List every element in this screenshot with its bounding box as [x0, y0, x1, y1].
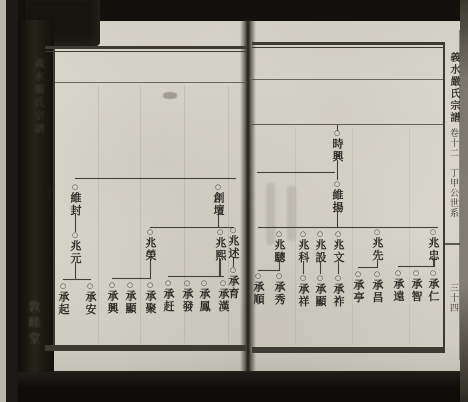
person-name: 維揚	[331, 189, 344, 214]
descent-circle-icon: ○	[333, 180, 341, 189]
person-name: 時興	[331, 138, 344, 163]
descent-circle-icon: ○	[299, 230, 307, 239]
person-node: ○承祚	[331, 274, 345, 308]
person-name: 兆科	[297, 239, 310, 264]
descent-circle-icon: ○	[254, 272, 262, 281]
descent-circle-icon: ○	[299, 274, 307, 283]
descent-circle-icon: ○	[373, 270, 381, 279]
person-name: 承遠	[392, 278, 405, 303]
descent-circle-icon: ○	[334, 274, 342, 283]
person-node: ○承仁	[426, 269, 440, 303]
person-node: ○時興	[330, 129, 344, 163]
genealogy-book-scan: 義水嚴氏宗譜 敦睦堂 卷十二 義水嚴氏宗譜 卷十二 丁甲公世系 三十四 ○維封○…	[0, 0, 468, 402]
descent-circle-icon: ○	[316, 274, 324, 283]
person-name: 兆忠	[427, 237, 440, 262]
connector-line	[258, 270, 280, 271]
person-name: 兆設	[314, 239, 327, 264]
person-node: ○承秀	[272, 272, 286, 306]
connector-line	[337, 160, 338, 180]
descent-circle-icon: ○	[275, 272, 283, 281]
descent-circle-icon: ○	[394, 269, 402, 278]
connector-line	[398, 266, 434, 267]
descent-circle-icon: ○	[275, 230, 283, 239]
descent-circle-icon: ○	[334, 230, 342, 239]
person-node: ○承顯	[313, 274, 327, 308]
connector-line	[358, 267, 378, 268]
person-node: ○兆先	[370, 228, 384, 262]
person-node: ○兆驄	[272, 230, 286, 264]
connector-line	[258, 227, 438, 228]
person-name: 兆驄	[273, 239, 286, 264]
descent-circle-icon: ○	[429, 228, 437, 237]
descent-circle-icon: ○	[412, 269, 420, 278]
person-node: ○承智	[409, 269, 423, 303]
person-name: 承智	[410, 278, 423, 303]
person-node: ○承遠	[391, 269, 405, 303]
person-node: ○承亭	[351, 270, 365, 304]
descent-circle-icon: ○	[354, 270, 362, 279]
person-node: ○承祥	[296, 274, 310, 308]
person-name: 承顯	[314, 283, 327, 308]
person-name: 承祚	[332, 283, 345, 308]
person-name: 承昌	[371, 279, 384, 304]
person-node: ○兆忠	[426, 228, 440, 262]
person-name: 承亭	[352, 279, 365, 304]
person-name: 兆文	[332, 239, 345, 264]
right-page-family-tree: ○時興○維揚○兆驄○兆科○兆設○兆文○兆先○兆忠○承順○承秀○承祥○承顯○承祚○…	[0, 0, 468, 402]
person-node: ○兆文	[331, 230, 345, 264]
person-node: ○兆設	[313, 230, 327, 264]
person-name: 承仁	[427, 278, 440, 303]
descent-circle-icon: ○	[429, 269, 437, 278]
descent-circle-icon: ○	[316, 230, 324, 239]
connector-line	[257, 172, 335, 173]
person-node: ○維揚	[330, 180, 344, 214]
person-node: ○承順	[251, 272, 265, 306]
person-node: ○承昌	[370, 270, 384, 304]
person-name: 承秀	[273, 281, 286, 306]
person-name: 承祥	[297, 283, 310, 308]
person-name: 兆先	[371, 237, 384, 262]
descent-circle-icon: ○	[333, 129, 341, 138]
person-node: ○兆科	[296, 230, 310, 264]
descent-circle-icon: ○	[373, 228, 381, 237]
person-name: 承順	[252, 281, 265, 306]
